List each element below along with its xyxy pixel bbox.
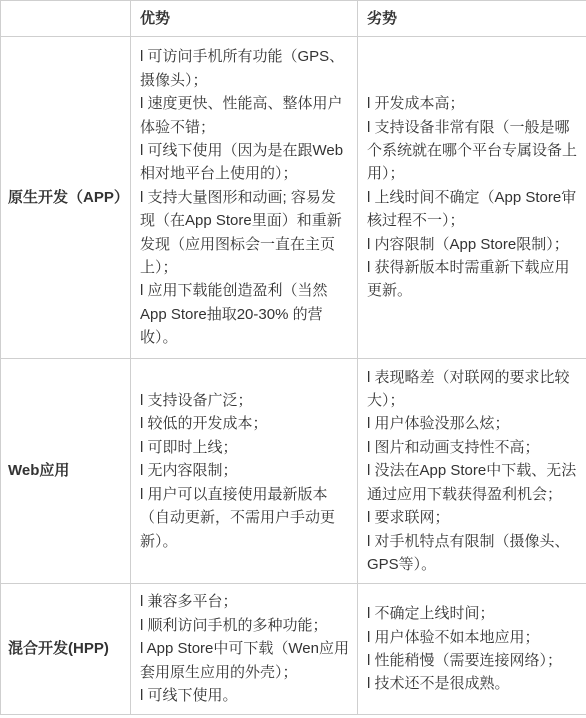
column-header-advantages: 优势 — [131, 1, 358, 37]
bullet-item: l 可访问手机所有功能（GPS、摄像头）； — [140, 45, 350, 92]
bullet-item: l 支持大量图形和动画; 容易发现（在App Store里面）和重新发现（应用图… — [140, 186, 350, 280]
bullet-item: l 速度更快、性能高、整体用户体验不错； — [140, 92, 350, 139]
bullet-item: l 兼容多平台； — [140, 590, 350, 613]
bullet-item: l 应用下载能创造盈利（当然App Store抽取20-30% 的营收）。 — [140, 279, 350, 349]
bullet-item: l 顺利访问手机的多种功能； — [140, 614, 350, 637]
row-label-web-app: Web应用 — [1, 359, 131, 584]
table-row-hybrid: 混合开发(HPP) l 兼容多平台； l 顺利访问手机的多种功能； l App … — [1, 584, 586, 715]
bullet-item: l 用户体验不如本地应用； — [367, 626, 579, 649]
column-header-disadvantages: 劣势 — [358, 1, 586, 37]
cell-web-advantages: l 支持设备广泛； l 较低的开发成本； l 可即时上线； l 无内容限制； l… — [131, 359, 358, 584]
bullet-item: l 获得新版本时需重新下载应用更新。 — [367, 256, 579, 303]
cell-native-advantages: l 可访问手机所有功能（GPS、摄像头）； l 速度更快、性能高、整体用户体验不… — [131, 37, 358, 359]
bullet-item: l 可线下使用。 — [140, 684, 350, 707]
bullet-item: l App Store中可下载（Wen应用套用原生应用的外壳）； — [140, 637, 350, 684]
bullet-item: l 用户体验没那么炫； — [367, 412, 579, 435]
bullet-item: l 对手机特点有限制（摄像头、GPS等）。 — [367, 530, 579, 577]
cell-hybrid-advantages: l 兼容多平台； l 顺利访问手机的多种功能； l App Store中可下载（… — [131, 584, 358, 715]
bullet-item: l 要求联网； — [367, 506, 579, 529]
page: 优势 劣势 原生开发（APP） l 可访问手机所有功能（GPS、摄像头）； l … — [0, 0, 586, 718]
row-label-hybrid: 混合开发(HPP) — [1, 584, 131, 715]
bullet-item: l 开发成本高； — [367, 92, 579, 115]
comparison-table: 优势 劣势 原生开发（APP） l 可访问手机所有功能（GPS、摄像头）； l … — [0, 0, 586, 715]
table-row-web-app: Web应用 l 支持设备广泛； l 较低的开发成本； l 可即时上线； l 无内… — [1, 359, 586, 584]
bullet-item: l 不确定上线时间； — [367, 602, 579, 625]
bullet-item: l 支持设备非常有限（一般是哪个系统就在哪个平台专属设备上用）； — [367, 116, 579, 186]
table-row-native-app: 原生开发（APP） l 可访问手机所有功能（GPS、摄像头）； l 速度更快、性… — [1, 37, 586, 359]
bullet-item: l 没法在App Store中下载、无法通过应用下载获得盈利机会； — [367, 459, 579, 506]
bullet-item: l 上线时间不确定（App Store审核过程不一）； — [367, 186, 579, 233]
bullet-item: l 可即时上线； — [140, 436, 350, 459]
header-row: 优势 劣势 — [1, 1, 586, 37]
bullet-item: l 用户可以直接使用最新版本（自动更新，不需用户手动更新）。 — [140, 483, 350, 553]
bullet-item: l 支持设备广泛； — [140, 389, 350, 412]
bullet-item: l 表现略差（对联网的要求比较大）； — [367, 366, 579, 413]
corner-cell — [1, 1, 131, 37]
bullet-item: l 可线下使用（因为是在跟Web相对地平台上使用的）； — [140, 139, 350, 186]
cell-native-disadvantages: l 开发成本高； l 支持设备非常有限（一般是哪个系统就在哪个平台专属设备上用）… — [358, 37, 586, 359]
row-label-native-app: 原生开发（APP） — [1, 37, 131, 359]
bullet-item: l 性能稍慢（需要连接网络）； — [367, 649, 579, 672]
bullet-item: l 无内容限制； — [140, 459, 350, 482]
cell-web-disadvantages: l 表现略差（对联网的要求比较大）； l 用户体验没那么炫； l 图片和动画支持… — [358, 359, 586, 584]
bullet-item: l 技术还不是很成熟。 — [367, 672, 579, 695]
bullet-item: l 较低的开发成本； — [140, 412, 350, 435]
bullet-item: l 内容限制（App Store限制）； — [367, 233, 579, 256]
cell-hybrid-disadvantages: l 不确定上线时间； l 用户体验不如本地应用； l 性能稍慢（需要连接网络）；… — [358, 584, 586, 715]
bullet-item: l 图片和动画支持性不高； — [367, 436, 579, 459]
